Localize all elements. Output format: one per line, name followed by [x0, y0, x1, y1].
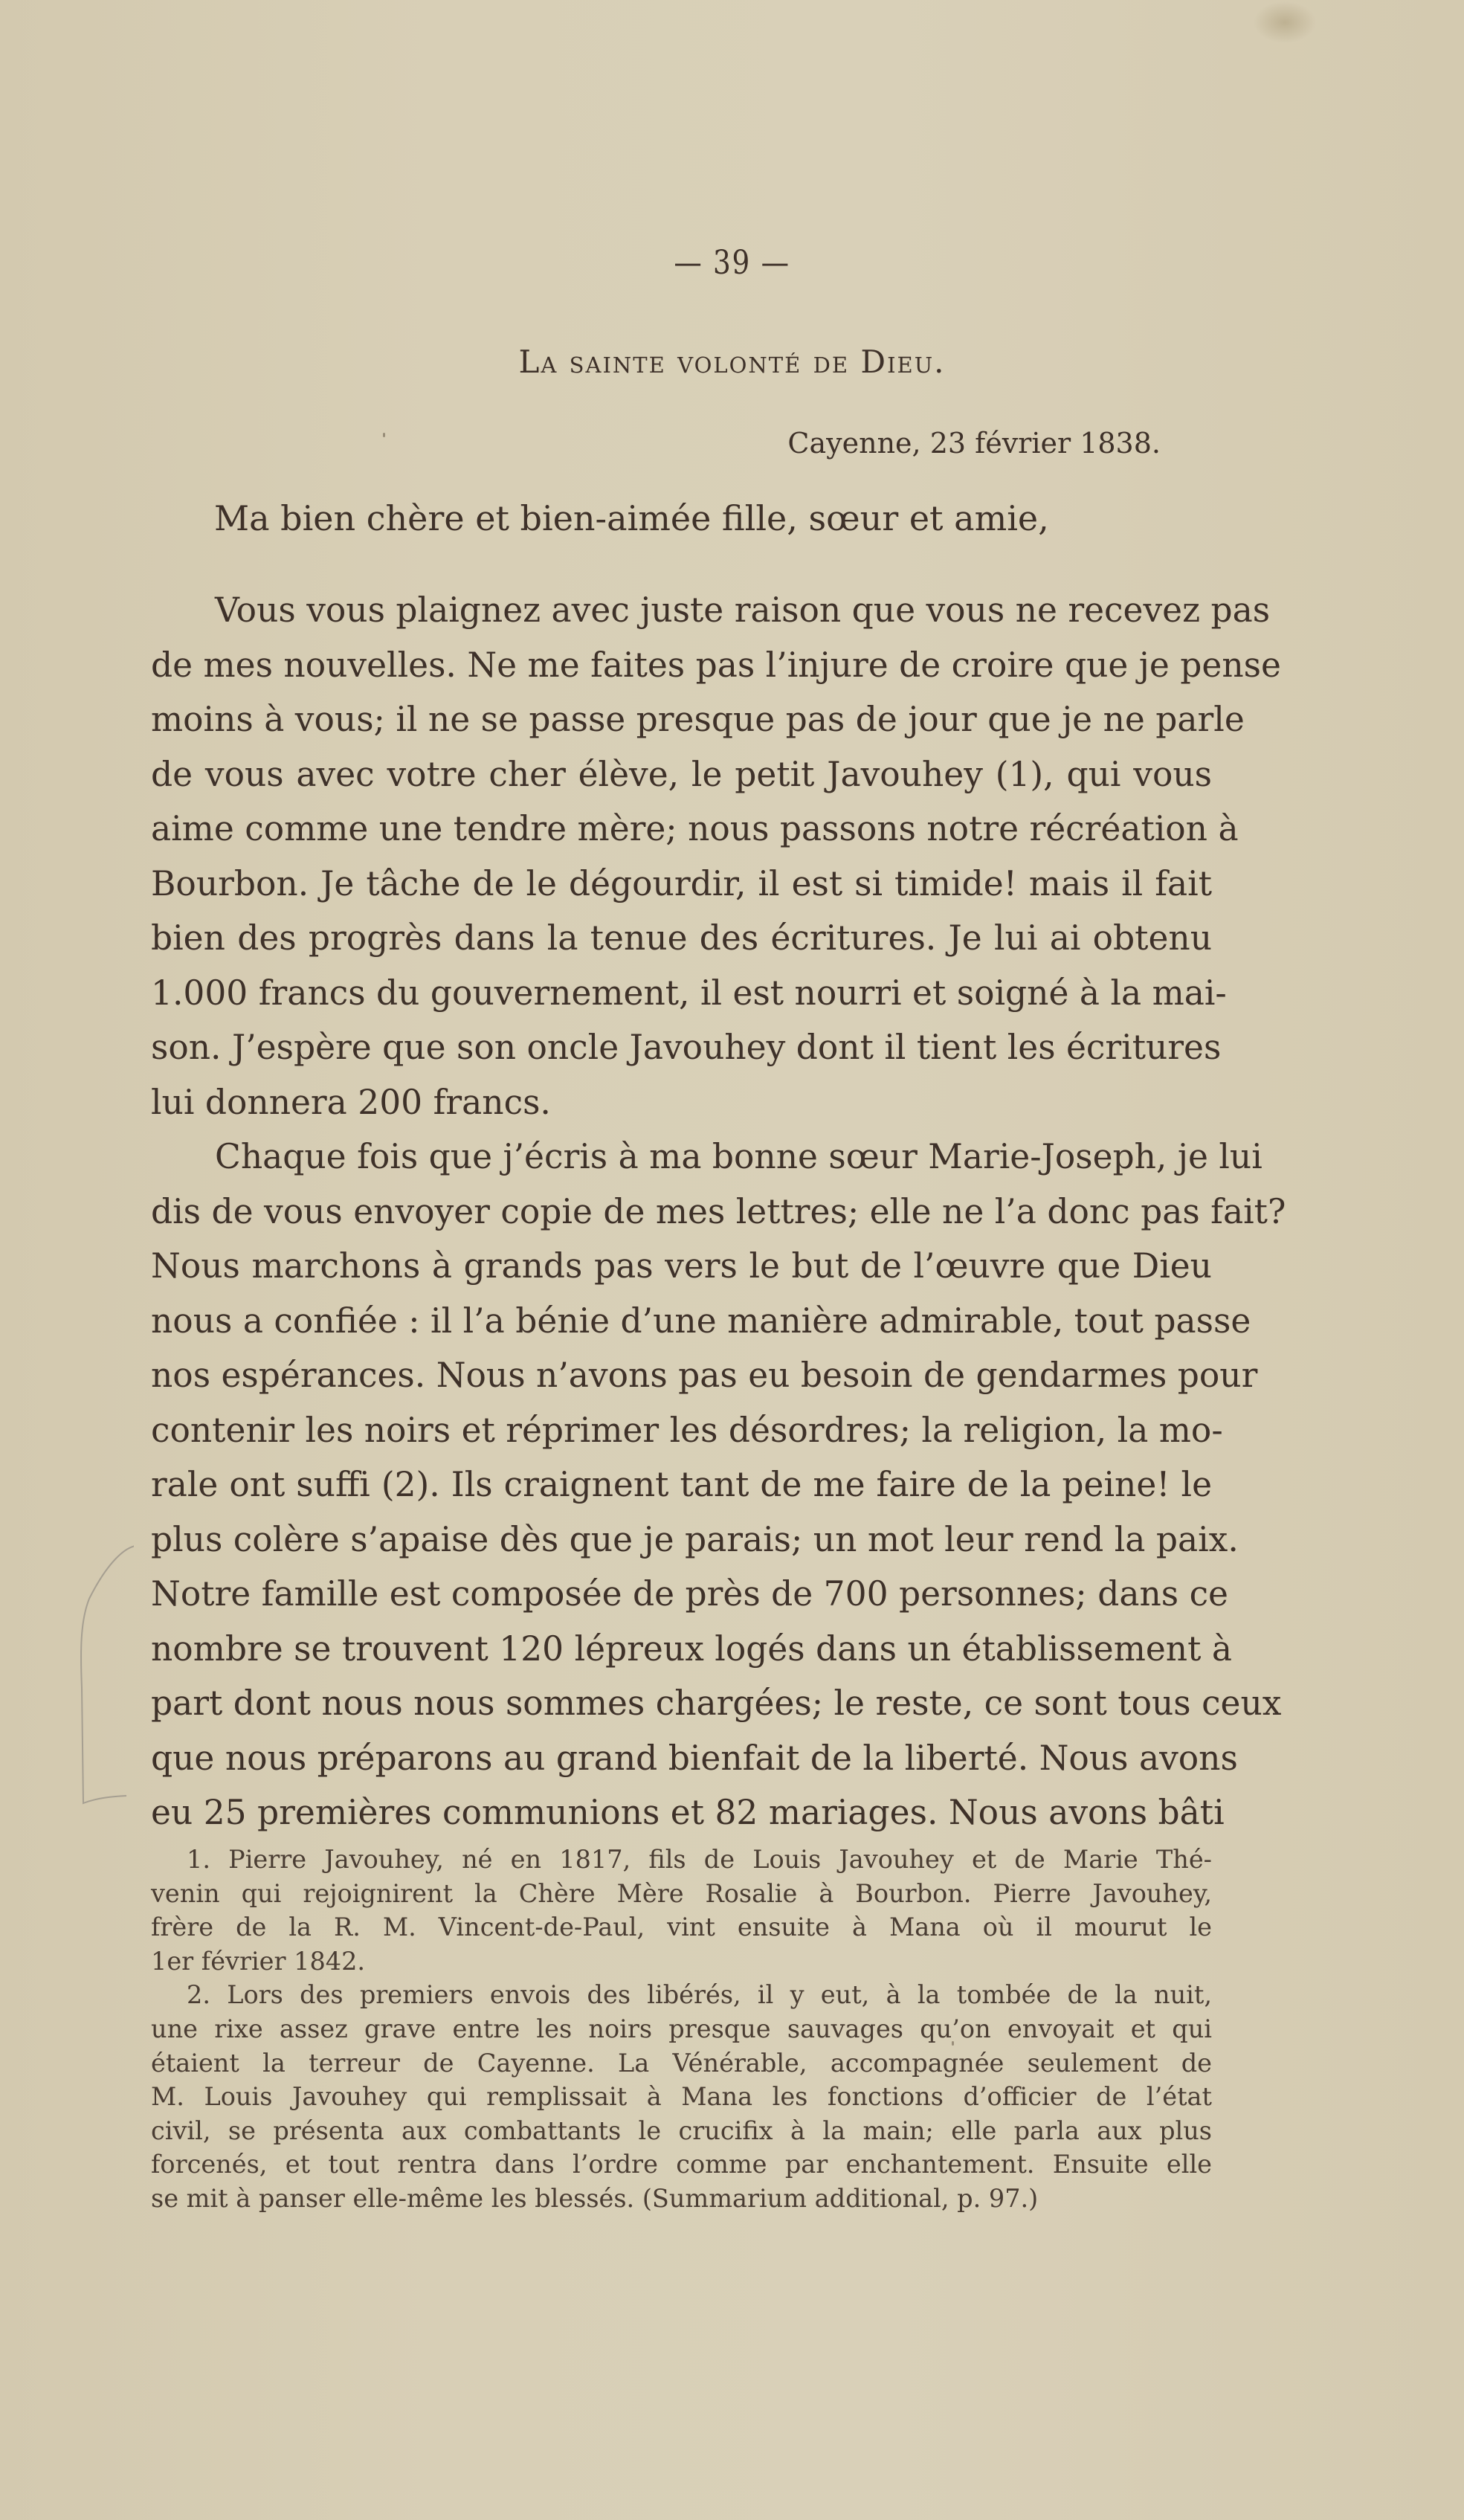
body-line: nous a confiée : il l’a bénie d’une mani…	[151, 1294, 1212, 1349]
body-line: dis de vous envoyer copie de mes lettres…	[151, 1185, 1212, 1240]
footnote-line: forcenés, et tout rentra dans l’ordre co…	[151, 2147, 1212, 2182]
letter-body: Vous vous plaignez avec juste raison que…	[151, 583, 1212, 1840]
paper-speck	[383, 433, 385, 437]
paper-speck	[952, 2041, 954, 2046]
body-line: bien des progrès dans la tenue des écrit…	[151, 911, 1212, 966]
footnote-line: 2. Lors des premiers envois des libérés,…	[151, 1978, 1212, 2012]
footnote-1: 1. Pierre Javouhey, né en 1817, fils de …	[151, 1843, 1212, 1978]
body-line: Notre famille est composée de près de 70…	[151, 1567, 1212, 1622]
footnote-line: étaient la terreur de Cayenne. La Vénéra…	[151, 2046, 1212, 2081]
body-line: eu 25 premières communions et 82 mariage…	[151, 1785, 1212, 1840]
letter-title: La sainte volonté de Dieu.	[0, 344, 1464, 380]
body-line: nos espérances. Nous n’avons pas eu beso…	[151, 1348, 1212, 1403]
footnote-line: frère de la R. M. Vincent-de-Paul, vint …	[151, 1910, 1212, 1944]
footnote-line: 1er février 1842.	[151, 1944, 1212, 1979]
footnote-line: se mit à panser elle-même les blessés. (…	[151, 2182, 1212, 2216]
pencil-margin-mark-icon	[74, 1539, 134, 1814]
letter-salutation: Ma bien chère et bien-aimée fille, sœur …	[214, 498, 1049, 538]
body-line: contenir les noirs et réprimer les désor…	[151, 1403, 1212, 1458]
footnotes: 1. Pierre Javouhey, né en 1817, fils de …	[151, 1843, 1212, 2216]
body-line: que nous préparons au grand bienfait de …	[151, 1731, 1212, 1786]
body-line: de mes nouvelles. Ne me faites pas l’inj…	[151, 638, 1212, 693]
body-line: Chaque fois que j’écris à ma bonne sœur …	[151, 1130, 1212, 1185]
body-line: Nous marchons à grands pas vers le but d…	[151, 1239, 1212, 1294]
body-line: Vous vous plaignez avec juste raison que…	[151, 583, 1212, 638]
body-line: lui donnera 200 francs.	[151, 1075, 1212, 1130]
body-line: rale ont suffi (2). Ils craignent tant d…	[151, 1457, 1212, 1512]
body-line: son. J’espère que son oncle Javouhey don…	[151, 1020, 1212, 1075]
body-line: 1.000 francs du gouvernement, il est nou…	[151, 966, 1212, 1021]
body-line: de vous avec votre cher élève, le petit …	[151, 747, 1212, 802]
body-line: moins à vous; il ne se passe presque pas…	[151, 692, 1212, 747]
page-number: — 39 —	[110, 244, 1355, 282]
body-line: nombre se trouvent 120 lépreux logés dan…	[151, 1622, 1212, 1677]
book-page: — 39 — La sainte volonté de Dieu. Cayenn…	[0, 0, 1464, 2520]
footnote-2: 2. Lors des premiers envois des libérés,…	[151, 1978, 1212, 2215]
footnote-line: civil, se présenta aux combattants le cr…	[151, 2114, 1212, 2148]
body-line: Bourbon. Je tâche de le dégourdir, il es…	[151, 857, 1212, 912]
footnote-line: venin qui rejoignirent la Chère Mère Ros…	[151, 1877, 1212, 1911]
footnote-line: M. Louis Javouhey qui remplissait à Mana…	[151, 2080, 1212, 2114]
body-line: aime comme une tendre mère; nous passons…	[151, 802, 1212, 857]
body-line: part dont nous nous sommes chargées; le …	[151, 1676, 1212, 1731]
footnote-line: 1. Pierre Javouhey, né en 1817, fils de …	[151, 1843, 1212, 1877]
body-line: plus colère s’apaise dès que je parais; …	[151, 1512, 1212, 1567]
letter-dateline: Cayenne, 23 février 1838.	[787, 427, 1161, 460]
footnote-line: une rixe assez grave entre les noirs pre…	[151, 2012, 1212, 2046]
